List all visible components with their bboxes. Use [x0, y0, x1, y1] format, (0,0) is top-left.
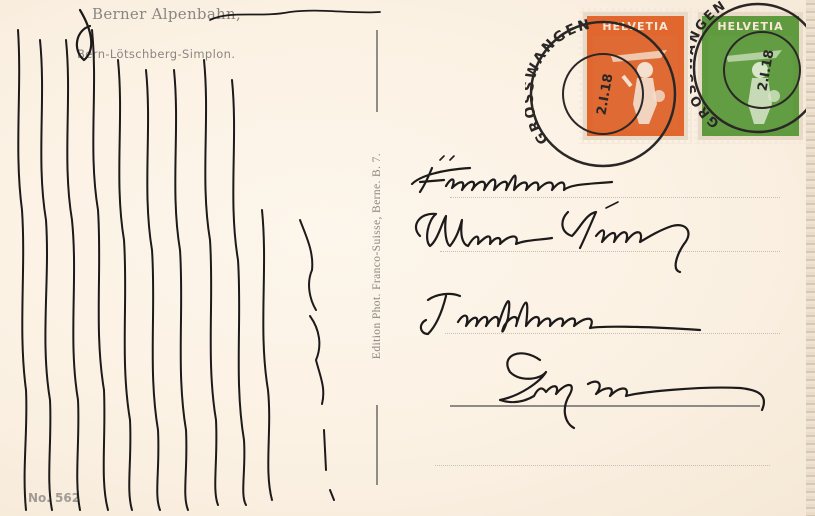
svg-text:2.I.18: 2.I.18: [755, 49, 777, 93]
address-guide-line: [435, 465, 770, 466]
address-line-1: Fräulein: [410, 160, 530, 193]
edition-imprint: Edition Phot. Franco-Suisse, Berne. B. 7…: [371, 153, 383, 359]
card-number: No. 562: [28, 491, 80, 505]
postmark-grosswangen-1: GROSSWANGEN 2.I.18: [525, 18, 685, 168]
address-guide-line: [440, 251, 780, 252]
svg-text:2.I.18: 2.I.18: [594, 73, 616, 117]
address-line-2: Marie Kunz: [410, 212, 574, 245]
address-line-3: Josefsheim: [420, 300, 574, 333]
postcard-back: Berner Alpenbahn, Bern-Lötschberg-Simplo…: [0, 0, 809, 516]
postmark-grosswangen-2: GROSSWANGEN 2.I.18: [690, 0, 815, 150]
publisher-name: Berner Alpenbahn,: [92, 5, 241, 23]
address-line-4: Luzern: [490, 360, 589, 393]
message-salutation: Liebe Marie!: [300, 260, 431, 284]
address-underline: [450, 405, 760, 407]
address-guide-line: [450, 197, 780, 198]
card-edge: [806, 0, 815, 516]
address-guide-line: [445, 333, 780, 334]
divider-line-top: [376, 30, 378, 112]
publisher-route: Bern-Lötschberg-Simplon.: [77, 47, 235, 61]
divider-line-bottom: [376, 405, 378, 485]
